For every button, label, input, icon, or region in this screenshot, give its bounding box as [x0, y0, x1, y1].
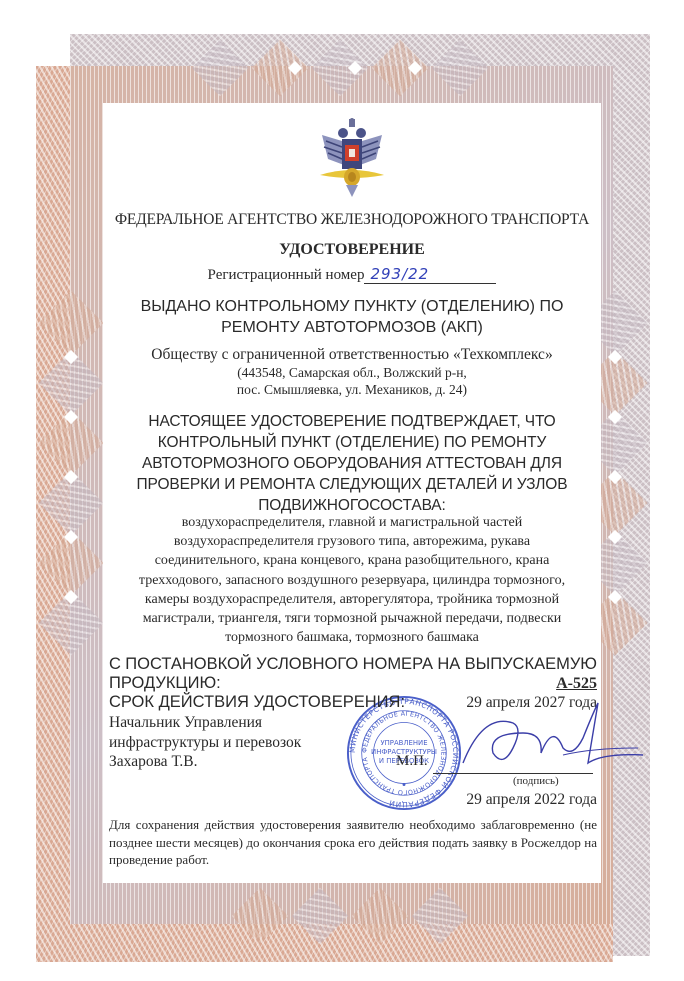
- double-headed-eagle-railway-emblem-icon: [314, 117, 390, 201]
- condition-word: ПОСТАНОВКОЙ: [125, 655, 251, 674]
- svg-text:УПРАВЛЕНИЕ: УПРАВЛЕНИЕ: [380, 739, 427, 747]
- confirmation-line: КОНТРОЛЬНЫЙ ПУНКТ (ОТДЕЛЕНИЕ) ПО РЕМОНТУ: [103, 432, 601, 453]
- handwritten-signature: [443, 693, 643, 783]
- seal-place-label: М.П.: [396, 753, 428, 770]
- issued-to-line: РЕМОНТУ АВТОТОРМОЗОВ (АКП): [103, 317, 601, 338]
- confirmation-line: НАСТОЯЩЕЕ УДОСТОВЕРЕНИЕ ПОДТВЕРЖДАЕТ, ЧТ…: [103, 411, 601, 432]
- confirmation-line: АВТОТОРМОЗНОГО ОБОРУДОВАНИЯ АТТЕСТОВАН Д…: [103, 453, 601, 474]
- signer-position: Начальник Управления: [109, 713, 339, 733]
- parts-list-line: соединительного, крана концевого, крана …: [103, 551, 601, 570]
- certificate-body: ФЕДЕРАЛЬНОЕ АГЕНТСТВО ЖЕЛЕЗНОДОРОЖНОГО Т…: [103, 103, 601, 883]
- registration-number-row: Регистрационный номер 293/22: [103, 265, 601, 284]
- product-code-row: ПРОДУКЦИЮ: А-525: [109, 674, 597, 693]
- registration-number-label: Регистрационный номер: [208, 267, 365, 284]
- certificate-page: ФЕДЕРАЛЬНОЕ АГЕНТСТВО ЖЕЛЕЗНОДОРОЖНОГО Т…: [0, 0, 684, 981]
- company-address-line: (443548, Самарская обл., Волжский р-н,: [103, 364, 601, 381]
- parts-list-line: магистрали, триангеля, тяги тормозной ры…: [103, 609, 601, 628]
- confirmation-statement: НАСТОЯЩЕЕ УДОСТОВЕРЕНИЕ ПОДТВЕРЖДАЕТ, ЧТ…: [103, 411, 601, 516]
- product-label: ПРОДУКЦИЮ:: [109, 674, 221, 693]
- parts-list-line: воздухораспределителя, главной и магистр…: [103, 513, 601, 532]
- issue-date: 29 апреля 2022 года: [443, 791, 597, 809]
- condition-word: С: [109, 655, 121, 674]
- confirmation-line: ПРОВЕРКИ И РЕМОНТА СЛЕДУЮЩИХ ДЕТАЛЕЙ И У…: [103, 474, 601, 495]
- product-code: А-525: [556, 674, 597, 693]
- registration-number-value: 293/22: [364, 265, 496, 284]
- issued-to-heading: ВЫДАНО КОНТРОЛЬНОМУ ПУНКТУ (ОТДЕЛЕНИЮ) П…: [103, 296, 601, 338]
- agency-name: ФЕДЕРАЛЬНОЕ АГЕНТСТВО ЖЕЛЕЗНОДОРОЖНОГО Т…: [103, 211, 601, 229]
- signer-position: инфраструктуры и перевозок: [109, 733, 339, 753]
- footnote: Для сохранения действия удостоверения за…: [109, 816, 597, 869]
- parts-list: воздухораспределителя, главной и магистр…: [103, 513, 601, 647]
- company-address-line: пос. Смышляевка, ул. Механиков, д. 24): [103, 381, 601, 398]
- company-name: Обществу с ограниченной ответственностью…: [103, 346, 601, 364]
- condition-word: ВЫПУСКАЕМУЮ: [465, 655, 597, 674]
- parts-list-line: тормозного башмака, тормозного башмака: [103, 628, 601, 647]
- validity-label: СРОК ДЕЙСТВИЯ УДОСТОВЕРЕНИЯ:: [109, 693, 405, 712]
- parts-list-line: воздухораспределителя грузового типа, ав…: [103, 532, 601, 551]
- condition-word: НА: [437, 655, 460, 674]
- condition-word: УСЛОВНОГО: [256, 655, 358, 674]
- parts-list-line: трехходового, запасного воздушного резер…: [103, 571, 601, 590]
- parts-list-line: камеры воздухораспределителя, авторегуля…: [103, 590, 601, 609]
- signer-name: Захарова Т.В.: [109, 752, 339, 772]
- company-block: Обществу с ограниченной ответственностью…: [103, 346, 601, 398]
- signer-block: Начальник Управления инфраструктуры и пе…: [109, 713, 339, 772]
- condition-word: НОМЕРА: [363, 655, 433, 674]
- issued-to-line: ВЫДАНО КОНТРОЛЬНОМУ ПУНКТУ (ОТДЕЛЕНИЮ) П…: [103, 296, 601, 317]
- certificate-title: УДОСТОВЕРЕНИЕ: [103, 241, 601, 259]
- product-numbering-line: С ПОСТАНОВКОЙ УСЛОВНОГО НОМЕРА НА ВЫПУСК…: [109, 655, 597, 674]
